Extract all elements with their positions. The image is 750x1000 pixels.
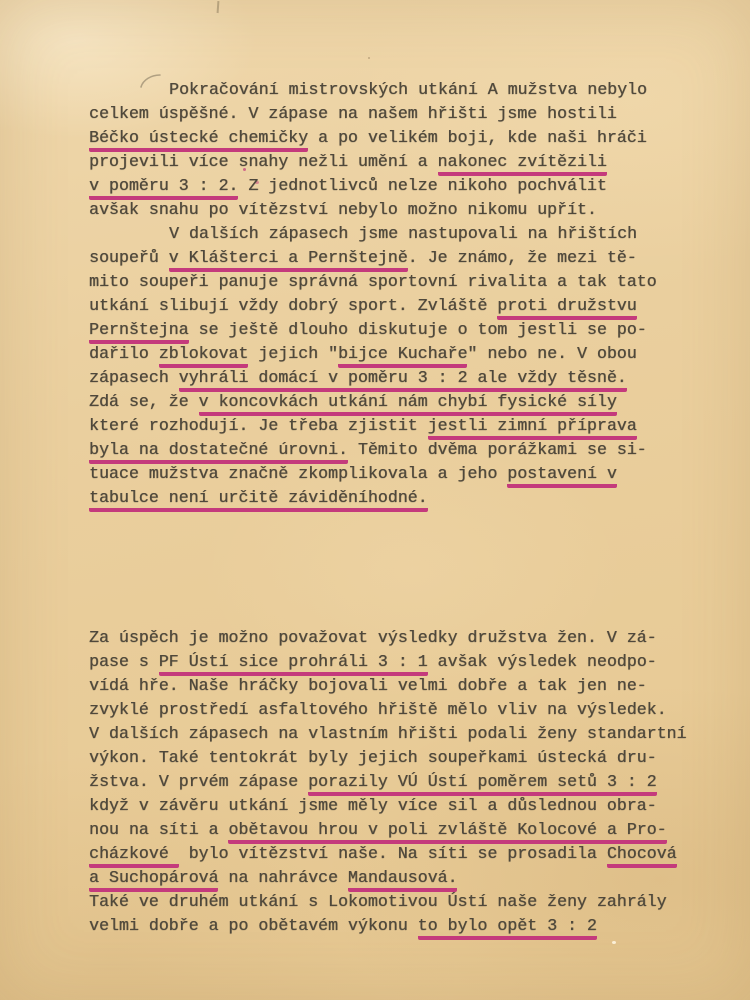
underlined-text: Pernštejna (89, 320, 189, 344)
underlined-text: v koncovkách utkání nám chybí fysické sí… (199, 392, 617, 416)
text-segment: mito soupeři panuje správná sportovní ri… (89, 272, 657, 291)
underlined-text: PF Ústí sice prohráli 3 : 1 (159, 652, 428, 676)
text-line: když v závěru utkání jsme měly více sil … (89, 794, 709, 818)
text-line: Pokračování mistrovských utkání A mužstv… (89, 78, 709, 102)
text-segment: zápasech (89, 368, 179, 387)
underlined-text: v poměru 3 : 2. (89, 176, 238, 200)
text-segment: žstva. V prvém zápase (89, 772, 308, 791)
underlined-text: jestli zimní příprava (428, 416, 637, 440)
paper-fiber-speck (368, 57, 370, 59)
underlined-text: bijce Kuchaře (338, 344, 467, 368)
typewritten-text-block: Pokračování mistrovských utkání A mužstv… (89, 78, 709, 938)
text-segment: velmi dobře a po obětavém výkonu (89, 916, 418, 935)
text-line: utkání slibují vždy dobrý sport. Zvláště… (89, 294, 709, 318)
text-segment: pase s (89, 652, 159, 671)
underlined-text: porazily VÚ Ústí poměrem setů 3 : 2 (308, 772, 657, 796)
text-line: byla na dostatečné úrovni. Těmito dvěma … (89, 438, 709, 462)
text-line: vídá hře. Naše hráčky bojovali velmi dob… (89, 674, 709, 698)
text-line: soupeřů v Klášterci a Pernštejně. Je zná… (89, 246, 709, 270)
underlined-text: zblokovat (159, 344, 249, 368)
underlined-text: proti družstvu (497, 296, 636, 320)
text-segment: výkon. Také tentokrát byly jejich soupeř… (89, 748, 657, 767)
underlined-text: postavení v (507, 464, 617, 488)
text-line: tuace mužstva značně zkomplikovala a jeh… (89, 462, 709, 486)
text-line: zvyklé prostředí asfaltového hřiště mělo… (89, 698, 709, 722)
text-line: Pernštejna se ještě dlouho diskutuje o t… (89, 318, 709, 342)
text-line: které rozhodují. Je třeba zjistit jestli… (89, 414, 709, 438)
text-segment: V dalších zápasech na vlastním hřišti po… (89, 724, 686, 743)
text-line: pase s PF Ústí sice prohráli 3 : 1 avšak… (89, 650, 709, 674)
text-segment: avšak snahu po vítězství nebylo možno ni… (89, 200, 597, 219)
text-segment: které rozhodují. Je třeba zjistit (89, 416, 428, 435)
text-segment: se ještě dlouho diskutuje o tom jestli s… (189, 320, 647, 339)
text-segment: zvyklé prostředí asfaltového hřiště mělo… (89, 700, 667, 719)
text-line: V dalších zápasech na vlastním hřišti po… (89, 722, 709, 746)
underlined-text: a Suchopárová (89, 868, 218, 892)
text-segment: projevili více snahy nežli umění a (89, 152, 438, 171)
text-line: zápasech vyhráli domácí v poměru 3 : 2 a… (89, 366, 709, 390)
text-segment: když v závěru utkání jsme měly více sil … (89, 796, 657, 815)
text-segment: avšak výsledek neodpo- (428, 652, 657, 671)
text-line: velmi dobře a po obětavém výkonu to bylo… (89, 914, 709, 938)
text-line: V dalších zápasech jsme nastupovali na h… (89, 222, 709, 246)
text-segment: Za úspěch je možno považovat výsledky dr… (89, 628, 657, 647)
text-line: dařilo zblokovat jejich "bijce Kuchaře" … (89, 342, 709, 366)
underlined-text: Mandausová. (348, 868, 458, 892)
text-line: tabulce není určitě záviděníhodné. (89, 486, 709, 510)
text-segment: bylo vítězství naše. Na síti se prosadil… (179, 844, 607, 863)
text-segment: Také ve druhém utkání s Lokomotivou Ústí… (89, 892, 667, 911)
text-line: Zdá se, že v koncovkách utkání nám chybí… (89, 390, 709, 414)
text-segment: . Je známo, že mezi tě- (408, 248, 637, 267)
text-segment: utkání slibují vždy dobrý sport. Zvláště (89, 296, 497, 315)
text-segment: nou na síti a (89, 820, 228, 839)
text-line: celkem úspěšné. V zápase na našem hřišti… (89, 102, 709, 126)
text-segment: a po velikém boji, kde naši hráči (308, 128, 647, 147)
text-segment: " nebo ne. V obou (467, 344, 636, 363)
text-line: Také ve druhém utkání s Lokomotivou Ústí… (89, 890, 709, 914)
text-line: a Suchopárová na nahrávce Mandausová. (89, 866, 709, 890)
text-line: mito soupeři panuje správná sportovní ri… (89, 270, 709, 294)
underlined-text: vyhráli domácí v poměru 3 : 2 ale vždy t… (179, 368, 627, 392)
text-line: Za úspěch je možno považovat výsledky dr… (89, 626, 709, 650)
text-segment: dařilo (89, 344, 159, 363)
paper-background: Pokračování mistrovských utkání A mužstv… (0, 0, 750, 1000)
text-line: nou na síti a obětavou hrou v poli zvláš… (89, 818, 709, 842)
text-segment: tuace mužstva značně zkomplikovala a jeh… (89, 464, 507, 483)
text-line: výkon. Také tentokrát byly jejich soupeř… (89, 746, 709, 770)
underlined-text: cházkové (89, 844, 179, 868)
text-segment: jejich " (248, 344, 338, 363)
underlined-text: to bylo opět 3 : 2 (418, 916, 597, 940)
text-segment: vídá hře. Naše hráčky bojovali velmi dob… (89, 676, 647, 695)
text-segment: soupeřů (89, 248, 169, 267)
text-segment: celkem úspěšné. V zápase na našem hřišti… (89, 104, 617, 123)
underlined-text: obětavou hrou v poli zvláště Kolocové a … (228, 820, 666, 844)
text-line: avšak snahu po vítězství nebylo možno ni… (89, 198, 709, 222)
text-segment: na nahrávce (218, 868, 347, 887)
text-segment: Zdá se, že (89, 392, 199, 411)
text-line: v poměru 3 : 2. Z jednotlivců nelze niko… (89, 174, 709, 198)
text-segment: Pokračování mistrovských utkání A mužstv… (169, 80, 647, 99)
text-line: cházkové bylo vítězství naše. Na síti se… (89, 842, 709, 866)
text-segment: Z jednotlivců nelze nikoho pochválit (238, 176, 606, 195)
text-line: žstva. V prvém zápase porazily VÚ Ústí p… (89, 770, 709, 794)
underlined-text: nakonec zvítězili (438, 152, 607, 176)
paper-fiber-speck (612, 941, 616, 944)
underlined-text: Béčko ústecké chemičky (89, 128, 308, 152)
text-segment: Těmito dvěma porážkami se si- (348, 440, 647, 459)
text-segment: V dalších zápasech jsme nastupovali na h… (169, 224, 637, 243)
underlined-text: byla na dostatečné úrovni. (89, 440, 348, 464)
text-line: projevili více snahy nežli umění a nakon… (89, 150, 709, 174)
underlined-text: tabulce není určitě záviděníhodné. (89, 488, 428, 512)
underlined-text: Chocová (607, 844, 677, 868)
scratch-mark (217, 1, 219, 13)
underlined-text: v Klášterci a Pernštejně (169, 248, 408, 272)
text-line: Béčko ústecké chemičky a po velikém boji… (89, 126, 709, 150)
